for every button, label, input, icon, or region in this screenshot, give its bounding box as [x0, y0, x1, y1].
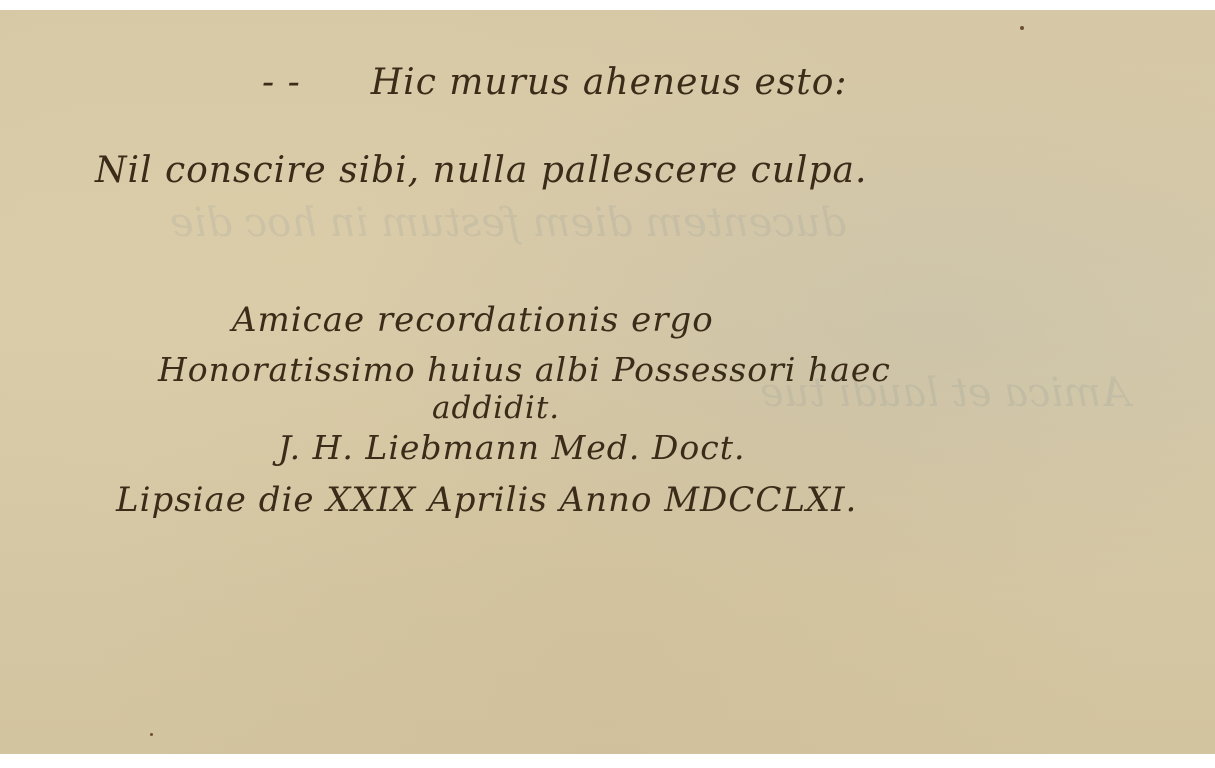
dedication-line-1: Amicae recordationis ergo: [232, 300, 714, 340]
ink-speck: [1020, 26, 1024, 30]
manuscript-page: ducentem diem festum in hoc die Amica et…: [0, 10, 1215, 754]
quote-ellipsis-dashes: - -: [262, 62, 301, 103]
quote-line-2: Nil conscire sibi, nulla pallescere culp…: [95, 150, 867, 191]
ink-speck: [150, 733, 153, 736]
signature: J. H. Liebmann Med. Doct.: [278, 428, 745, 467]
quote-line-1: - -Hic murus aheneus esto:: [262, 62, 848, 103]
place-date-line: Lipsiae die XXIX Aprilis Anno MDCCLXI.: [116, 480, 857, 520]
bleed-through-text: ducentem diem festum in hoc die: [170, 200, 846, 246]
dedication-line-3: addidit.: [432, 390, 560, 426]
quote-text: Hic murus aheneus esto:: [371, 62, 848, 103]
dedication-line-2: Honoratissimo huius albi Possessori haec: [158, 350, 891, 389]
